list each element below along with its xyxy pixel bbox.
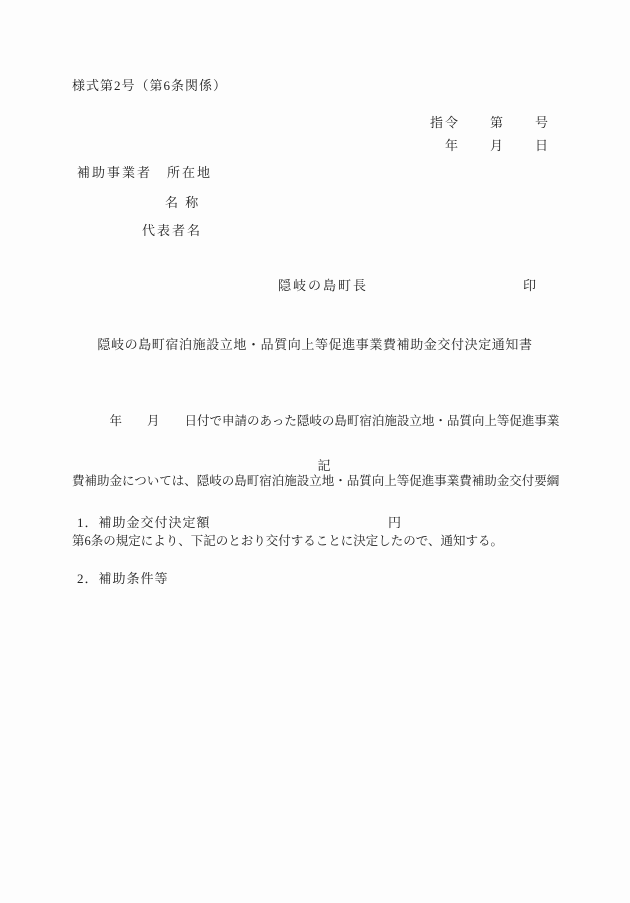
directive-number-line: 指令 第 号	[430, 113, 550, 133]
body-paragraph-line-1: 年 月 日付で申請のあった隠岐の島町宿泊施設立地・品質向上等促進事業	[72, 411, 564, 431]
item-2-subsidy-conditions-label: 2．補助条件等	[77, 569, 169, 589]
date-line: 年 月 日	[445, 136, 550, 156]
item-1-grant-amount-label: 1．補助金交付決定額	[77, 513, 211, 533]
business-name-label: 名 称	[165, 193, 200, 213]
item-1-yen-unit-label: 円	[388, 513, 401, 533]
form-number-label: 様式第2号（第6条関係）	[72, 76, 227, 96]
body-paragraph: 年 月 日付で申請のあった隠岐の島町宿泊施設立地・品質向上等促進事業 費補助金に…	[72, 371, 564, 591]
issuer-mayor-title: 隠岐の島町長	[278, 276, 368, 296]
document-page: 様式第2号（第6条関係） 指令 第 号 年 月 日 補助事業者 所在地 名 称 …	[0, 0, 630, 903]
body-paragraph-line-3: 第6条の規定により、下記のとおり交付することに決定したので、通知する。	[72, 531, 564, 551]
subsidized-business-address-label: 補助事業者 所在地	[77, 163, 212, 183]
document-title: 隠岐の島町宿泊施設立地・品質向上等促進事業費補助金交付決定通知書	[0, 335, 630, 355]
representative-name-label: 代表者名	[142, 221, 202, 241]
seal-mark: 印	[523, 276, 536, 296]
record-marker: 記	[0, 456, 630, 476]
